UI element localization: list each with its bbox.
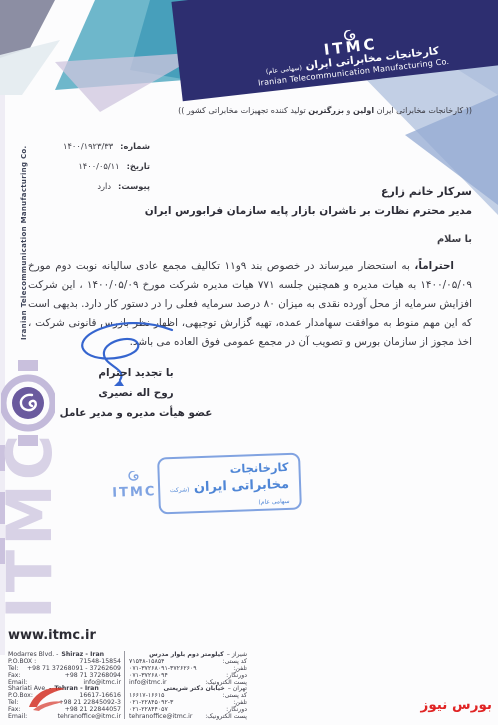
letter-attachment-row: پیوست: دارد bbox=[30, 176, 150, 196]
sidebar-company-en: Iranian Telecommunication Manufacturing … bbox=[20, 168, 28, 340]
press-logo-icon bbox=[27, 683, 67, 713]
footer-fa-row: پست الکترونیک:info@itmc.ir bbox=[129, 679, 247, 686]
footer-fa-value: خیابان دکتر شریعتی bbox=[163, 685, 224, 692]
website-url: www.itmc.ir bbox=[8, 628, 96, 643]
stamp-line1: کارخانجات bbox=[163, 460, 288, 478]
footer-divider bbox=[124, 651, 125, 719]
signatory-title: عضو هیأت مدیره و مدیر عامل bbox=[52, 403, 220, 423]
footer-fa-row: کد پستی:۷۱۵۴۸-۱۵۸۵۴ bbox=[129, 658, 247, 665]
footer-fa-row: دورنگار:۰۷۱-۳۷۲۶۸۰۹۴ bbox=[129, 672, 247, 679]
company-stamp: کارخانجات مخابراتی ایران (شرکت سهامی عام… bbox=[157, 453, 302, 515]
sidebar-itmc-watermark: ITMC bbox=[2, 418, 58, 632]
footer-fa-row: پست الکترونیک:tehranoffice@itmc.ir bbox=[129, 713, 247, 720]
letter-date-value: ۱۴۰۰/۰۵/۱۱ bbox=[78, 161, 119, 171]
footer-en-label: Email: bbox=[8, 713, 27, 720]
signature-block: با تجدید احترام روح اله نصیری عضو هیأت م… bbox=[52, 363, 220, 423]
letter-number-label: شماره: bbox=[120, 141, 150, 151]
footer-fa-row: دورنگار:۰۲۱-۲۲۸۴۴۰۵۷ bbox=[129, 706, 247, 713]
letter-body-opening: احتراماً، bbox=[414, 260, 454, 272]
letter-meta: شماره: ۱۴۰۰/۱۹۲۳/۳۳ تاریخ: ۱۴۰۰/۰۵/۱۱ پی… bbox=[30, 136, 150, 196]
footer-fa-label: پست الکترونیک: bbox=[205, 713, 247, 720]
tagline-part: و bbox=[344, 106, 353, 115]
footer-fa-row: کد پستی:۱۶۶۱۷-۱۶۶۱۵ bbox=[129, 692, 247, 699]
footer-fa-value: info@itmc.ir bbox=[129, 679, 167, 686]
letter-date-row: تاریخ: ۱۴۰۰/۰۵/۱۱ bbox=[30, 156, 150, 176]
letter-attachment-value: دارد bbox=[97, 181, 111, 191]
signature-closing: با تجدید احترام bbox=[52, 363, 220, 383]
footer-en-value: tehranoffice@itmc.ir bbox=[58, 713, 121, 720]
stamp-logo-word: ITMC bbox=[104, 484, 164, 501]
letter-date-label: تاریخ: bbox=[127, 161, 150, 171]
signatory-name: روح اله نصیری bbox=[52, 383, 220, 403]
letter-number-value: ۱۴۰۰/۱۹۲۳/۳۳ bbox=[63, 141, 113, 151]
footer-address-fa: شیراز –کیلومتر دوم بلوار مدرس کد پستی:۷۱… bbox=[129, 651, 247, 720]
press-name: بورس نیوز bbox=[421, 697, 492, 713]
company-tagline: (( کارخانجات مخابراتی ایران اولین و بزرگ… bbox=[178, 106, 472, 115]
footer-en-row: Modarres Blvd. -Shiraz - Iran bbox=[8, 651, 121, 658]
recipient-title: مدیر محترم نظارت بر ناشران بازار پایه سا… bbox=[145, 205, 472, 217]
tagline-bold-first: اولین bbox=[353, 106, 374, 115]
footer-en-row: P.O.BOX :71548-15854 bbox=[8, 658, 121, 665]
stamp-line2: مخابراتی ایران (شرکت سهامی عام) bbox=[164, 477, 290, 511]
salutation: با سلام bbox=[145, 234, 472, 245]
stamp-line2-text: مخابراتی ایران bbox=[194, 477, 290, 495]
letter-number-row: شماره: ۱۴۰۰/۱۹۲۳/۳۳ bbox=[30, 136, 150, 156]
footer-fa-row: شیراز –کیلومتر دوم بلوار مدرس bbox=[129, 651, 247, 658]
tagline-bold-largest: بزرگترین bbox=[308, 106, 344, 115]
stamp-logo: ITMC bbox=[103, 465, 164, 501]
footer-fa-row: تلفن:۰۷۱-۳۷۲۶۸۰۹۱-۳۷۲۶۲۶۰۹ bbox=[129, 665, 247, 672]
footer-en-row: Fax:+98 71 37268094 bbox=[8, 672, 121, 679]
recipient-name: سرکار خانم زارع bbox=[145, 185, 472, 198]
footer-en-row: Tel:+98 71 37268091 - 37262609 bbox=[8, 665, 121, 672]
footer-en-row: Email:tehranoffice@itmc.ir bbox=[8, 713, 121, 720]
stamp-emblem-icon bbox=[128, 471, 140, 481]
footer-fa-row: تهران –خیابان دکتر شریعتی bbox=[129, 685, 247, 692]
recipient-block: سرکار خانم زارع مدیر محترم نظارت بر ناشر… bbox=[145, 185, 472, 245]
scanned-letter-page: ITMC کارخانجات مخابراتی ایران (سهامی عام… bbox=[0, 0, 498, 725]
tagline-part: (( کارخانجات مخابراتی ایران bbox=[374, 106, 472, 115]
footer-fa-value: tehranoffice@itmc.ir bbox=[129, 713, 192, 720]
tagline-part: تولید کننده تجهیزات مخابراتی کشور )) bbox=[178, 106, 308, 115]
